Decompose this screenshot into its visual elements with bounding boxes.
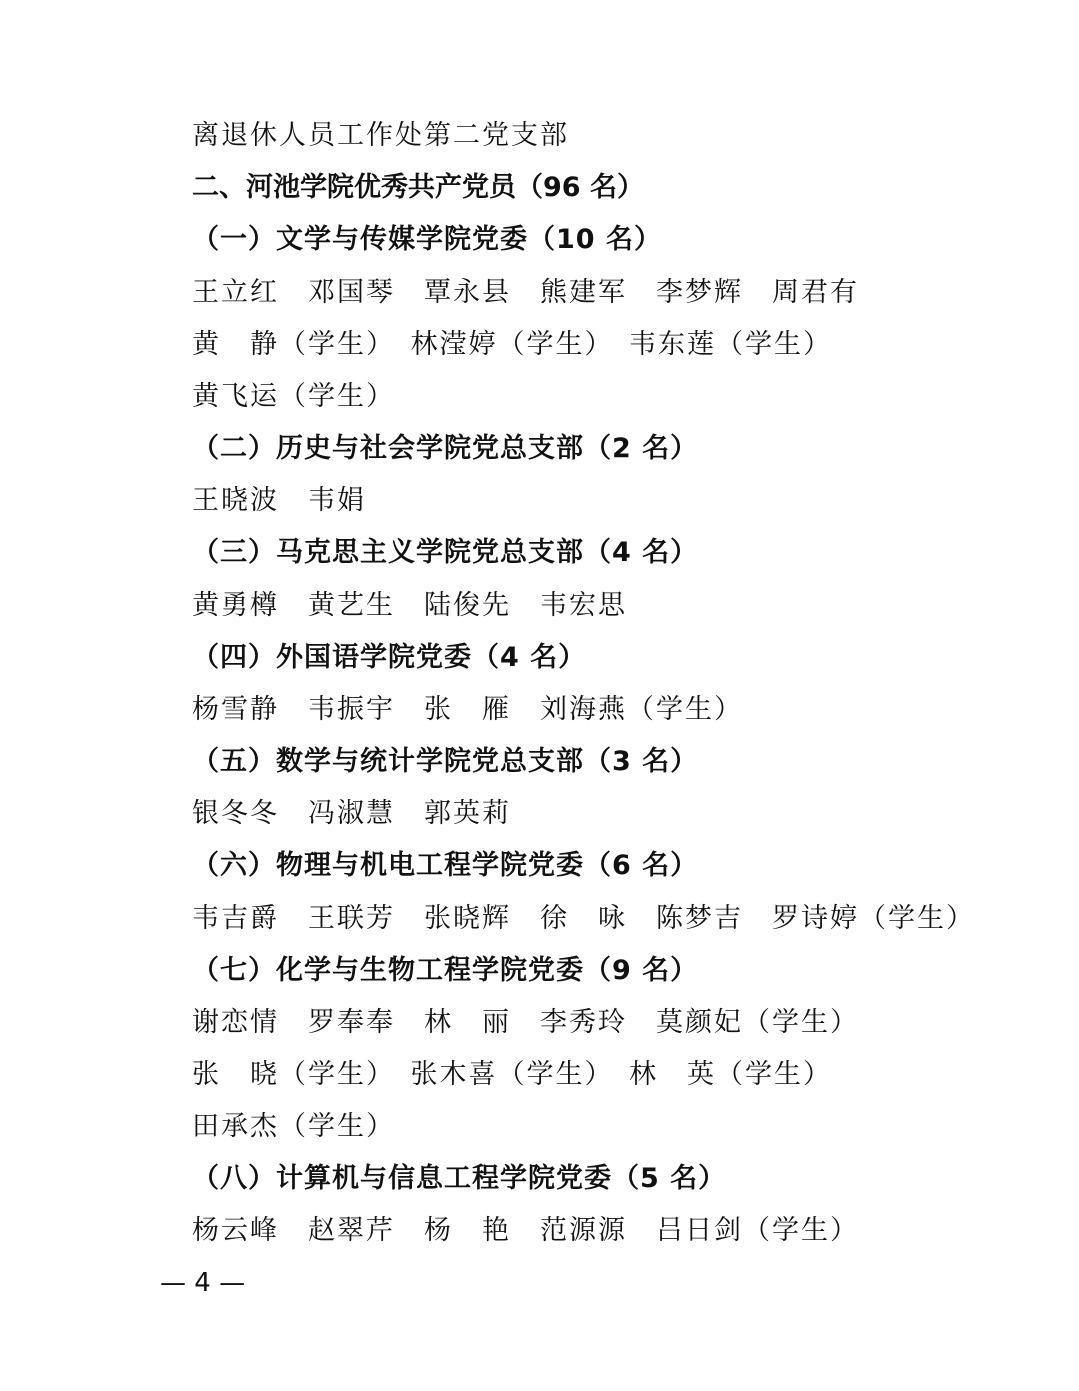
- group-heading-5: （五）数学与统计学院党总支部（3 名）: [192, 744, 698, 780]
- names-row: 田承杰（学生）: [192, 1109, 395, 1145]
- group-heading-2: （二）历史与社会学院党总支部（2 名）: [192, 431, 698, 467]
- group-heading-8: （八）计算机与信息工程学院党委（5 名）: [192, 1161, 726, 1197]
- group-heading-6: （六）物理与机电工程学院党委（6 名）: [192, 848, 698, 884]
- page-number: — 4 —: [160, 1266, 245, 1300]
- names-row: 杨雪静 韦振宇 张 雁 刘海燕（学生）: [192, 692, 743, 728]
- section-heading-excellent-members: 二、河池学院优秀共产党员（96 名）: [192, 170, 644, 206]
- names-row: 谢恋情 罗奉奉 林 丽 李秀玲 莫颜妃（学生）: [192, 1005, 859, 1041]
- names-row: 王晓波 韦娟: [192, 483, 366, 519]
- names-row: 黄 静（学生） 林滢婷（学生） 韦东莲（学生）: [192, 327, 832, 363]
- names-row: 杨云峰 赵翠芹 杨 艳 范源源 吕日剑（学生）: [192, 1213, 859, 1249]
- group-heading-3: （三）马克思主义学院党总支部（4 名）: [192, 535, 698, 571]
- group-heading-7: （七）化学与生物工程学院党委（9 名）: [192, 953, 698, 989]
- names-row: 黄飞运（学生）: [192, 379, 395, 415]
- group-heading-4: （四）外国语学院党委（4 名）: [192, 640, 586, 676]
- group-heading-1: （一）文学与传媒学院党委（10 名）: [192, 222, 662, 258]
- names-row: 黄勇樽 黄艺生 陆俊先 韦宏思: [192, 588, 627, 624]
- names-row: 韦吉爵 王联芳 张晓辉 徐 咏 陈梦吉 罗诗婷（学生）: [192, 901, 975, 937]
- document-page: 离退休人员工作处第二党支部 二、河池学院优秀共产党员（96 名） （一）文学与传…: [0, 0, 1079, 1391]
- names-row: 张 晓（学生） 张木喜（学生） 林 英（学生）: [192, 1057, 832, 1093]
- names-row: 银冬冬 冯淑慧 郭英莉: [192, 796, 511, 832]
- names-row: 王立红 邓国琴 覃永县 熊建军 李梦辉 周君有: [192, 275, 859, 311]
- party-branch-line: 离退休人员工作处第二党支部: [192, 118, 569, 154]
